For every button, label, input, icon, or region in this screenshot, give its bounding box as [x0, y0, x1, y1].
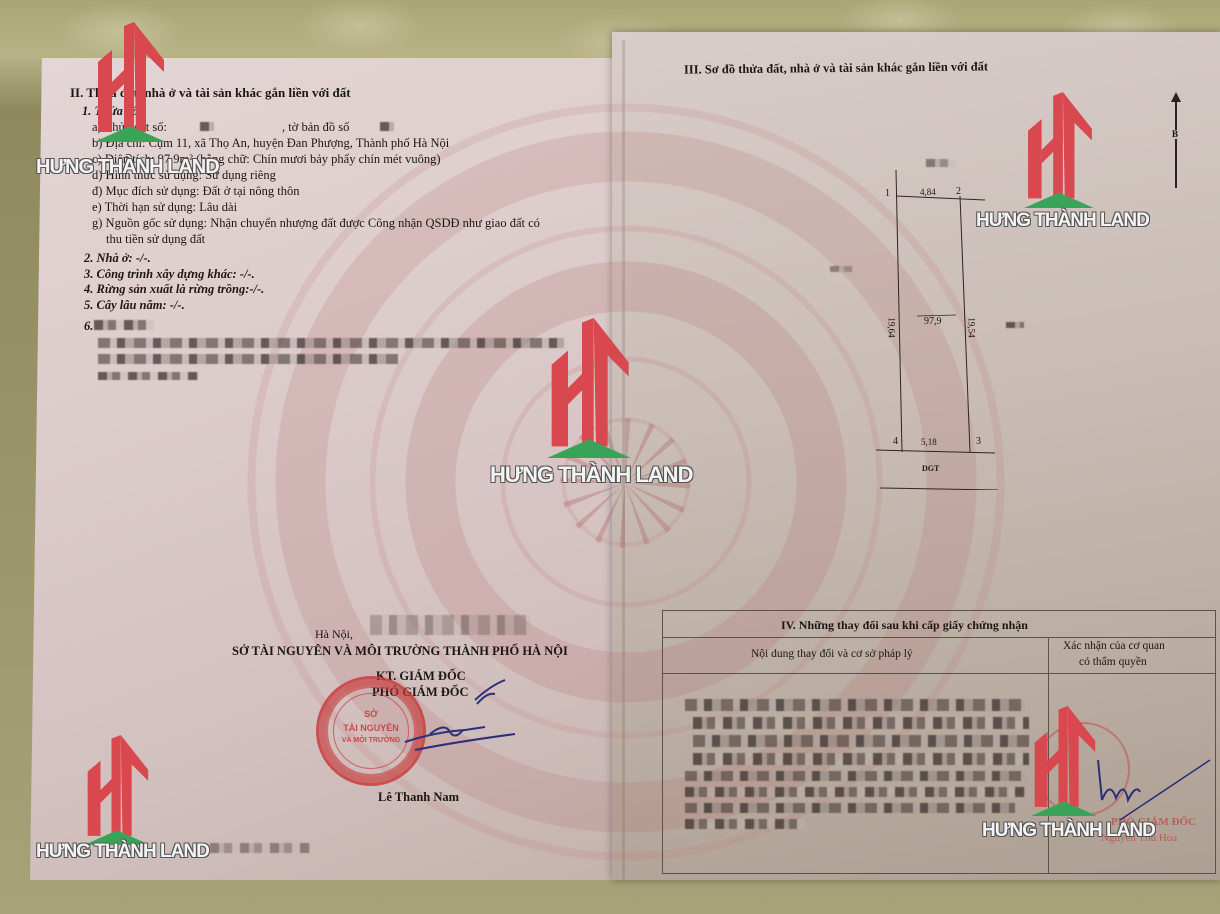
- changes-col-content-header: Nội dung thay đổi và cơ sở pháp lý: [751, 649, 913, 661]
- changes-signature-icon: [1080, 740, 1220, 830]
- changes-col-confirm-header-1: Xác nhận của cơ quan: [1063, 641, 1165, 653]
- redacted-change-line-7: [685, 803, 1015, 813]
- redacted-change-line-8: [685, 819, 805, 829]
- redacted-change-line-5: [685, 771, 1025, 781]
- item-5-perennial-trees: 5. Cây lâu năm: -/-.: [84, 299, 185, 312]
- use-origin-line-2: thu tiền sử dụng đất: [106, 233, 205, 246]
- edge-left-length: 19,64: [887, 317, 896, 337]
- brand-name: HƯNG THÀNH LAND: [36, 841, 209, 863]
- issuing-authority: SỞ TÀI NGUYÊN VÀ MÔI TRƯỜNG THÀNH PHỐ HÀ…: [232, 645, 568, 658]
- redacted-map-sheet: [380, 122, 394, 131]
- use-term-line: e) Thời hạn sử dụng: Lâu dài: [92, 201, 237, 214]
- signer-name: Lê Thanh Nam: [378, 791, 459, 804]
- redacted-registry-number: [210, 843, 310, 853]
- redacted-change-line-6: [685, 787, 1025, 797]
- redacted-item-6-title: [94, 320, 154, 330]
- edge-right-length: 19,54: [967, 317, 976, 337]
- redacted-issue-date: [370, 615, 530, 635]
- use-origin-line-1: g) Nguồn gốc sử dụng: Nhận chuyển nhượng…: [92, 217, 540, 230]
- edge-top-length: 4,84: [920, 188, 936, 197]
- changes-table-title: IV. Những thay đổi sau khi cấp giấy chứn…: [781, 619, 1028, 631]
- ht-logo-icon: [1030, 706, 1098, 816]
- north-arrow-icon: [1175, 100, 1177, 188]
- ht-logo-icon: [1024, 92, 1094, 208]
- plot-area-label: 97,9: [924, 317, 942, 327]
- map-sheet-label: , tờ bản đồ số: [282, 121, 349, 134]
- ht-logo-icon: [546, 318, 632, 458]
- item-6-prefix: 6.: [84, 320, 93, 333]
- redacted-neighbor-label: [1006, 322, 1024, 328]
- brand-name: HƯNG THÀNH LAND: [982, 820, 1155, 842]
- vertex-4-label: 4: [893, 437, 898, 447]
- vertex-3-label: 3: [976, 437, 981, 447]
- redacted-note-line-3: [98, 372, 198, 380]
- signature-icon: [395, 672, 525, 762]
- brand-name: HƯNG THÀNH LAND: [36, 156, 219, 179]
- changes-col-confirm-header-2: có thẩm quyền: [1079, 657, 1147, 669]
- redacted-change-line-3: [693, 735, 1029, 747]
- redacted-change-line-1: [685, 699, 1025, 711]
- ht-logo-icon: [82, 735, 152, 845]
- redacted-neighbor-label-2: [830, 266, 854, 272]
- item-4-forest: 4. Rừng sản xuất là rừng trồng:-/-.: [84, 283, 264, 296]
- north-label: B: [1172, 130, 1178, 139]
- redacted-parcel-id: [926, 159, 956, 167]
- redacted-note-line-1: [98, 338, 564, 348]
- road-label: DGT: [922, 465, 939, 473]
- vertex-1-label: 1: [885, 189, 890, 199]
- brand-name: HƯNG THÀNH LAND: [490, 462, 692, 488]
- edge-bottom-length: 5,18: [921, 438, 937, 447]
- use-purpose-line: đ) Mục đích sử dụng: Đất ở tại nông thôn: [92, 185, 299, 198]
- vertex-2-label: 2: [956, 187, 961, 197]
- redacted-parcel-number: [200, 122, 214, 131]
- brand-name: HƯNG THÀNH LAND: [976, 210, 1149, 232]
- section-iii-title: III. Sơ đồ thửa đất, nhà ở và tài sản kh…: [684, 60, 988, 76]
- place-date-prefix: Hà Nội,: [315, 628, 353, 640]
- item-2-house: 2. Nhà ở: -/-.: [84, 252, 151, 265]
- item-3-other-construction: 3. Công trình xây dựng khác: -/-.: [84, 268, 255, 281]
- redacted-note-line-2: [98, 354, 398, 364]
- redacted-change-line-2: [693, 717, 1029, 729]
- ht-logo-icon: [94, 22, 166, 142]
- redacted-change-line-4: [693, 753, 1029, 765]
